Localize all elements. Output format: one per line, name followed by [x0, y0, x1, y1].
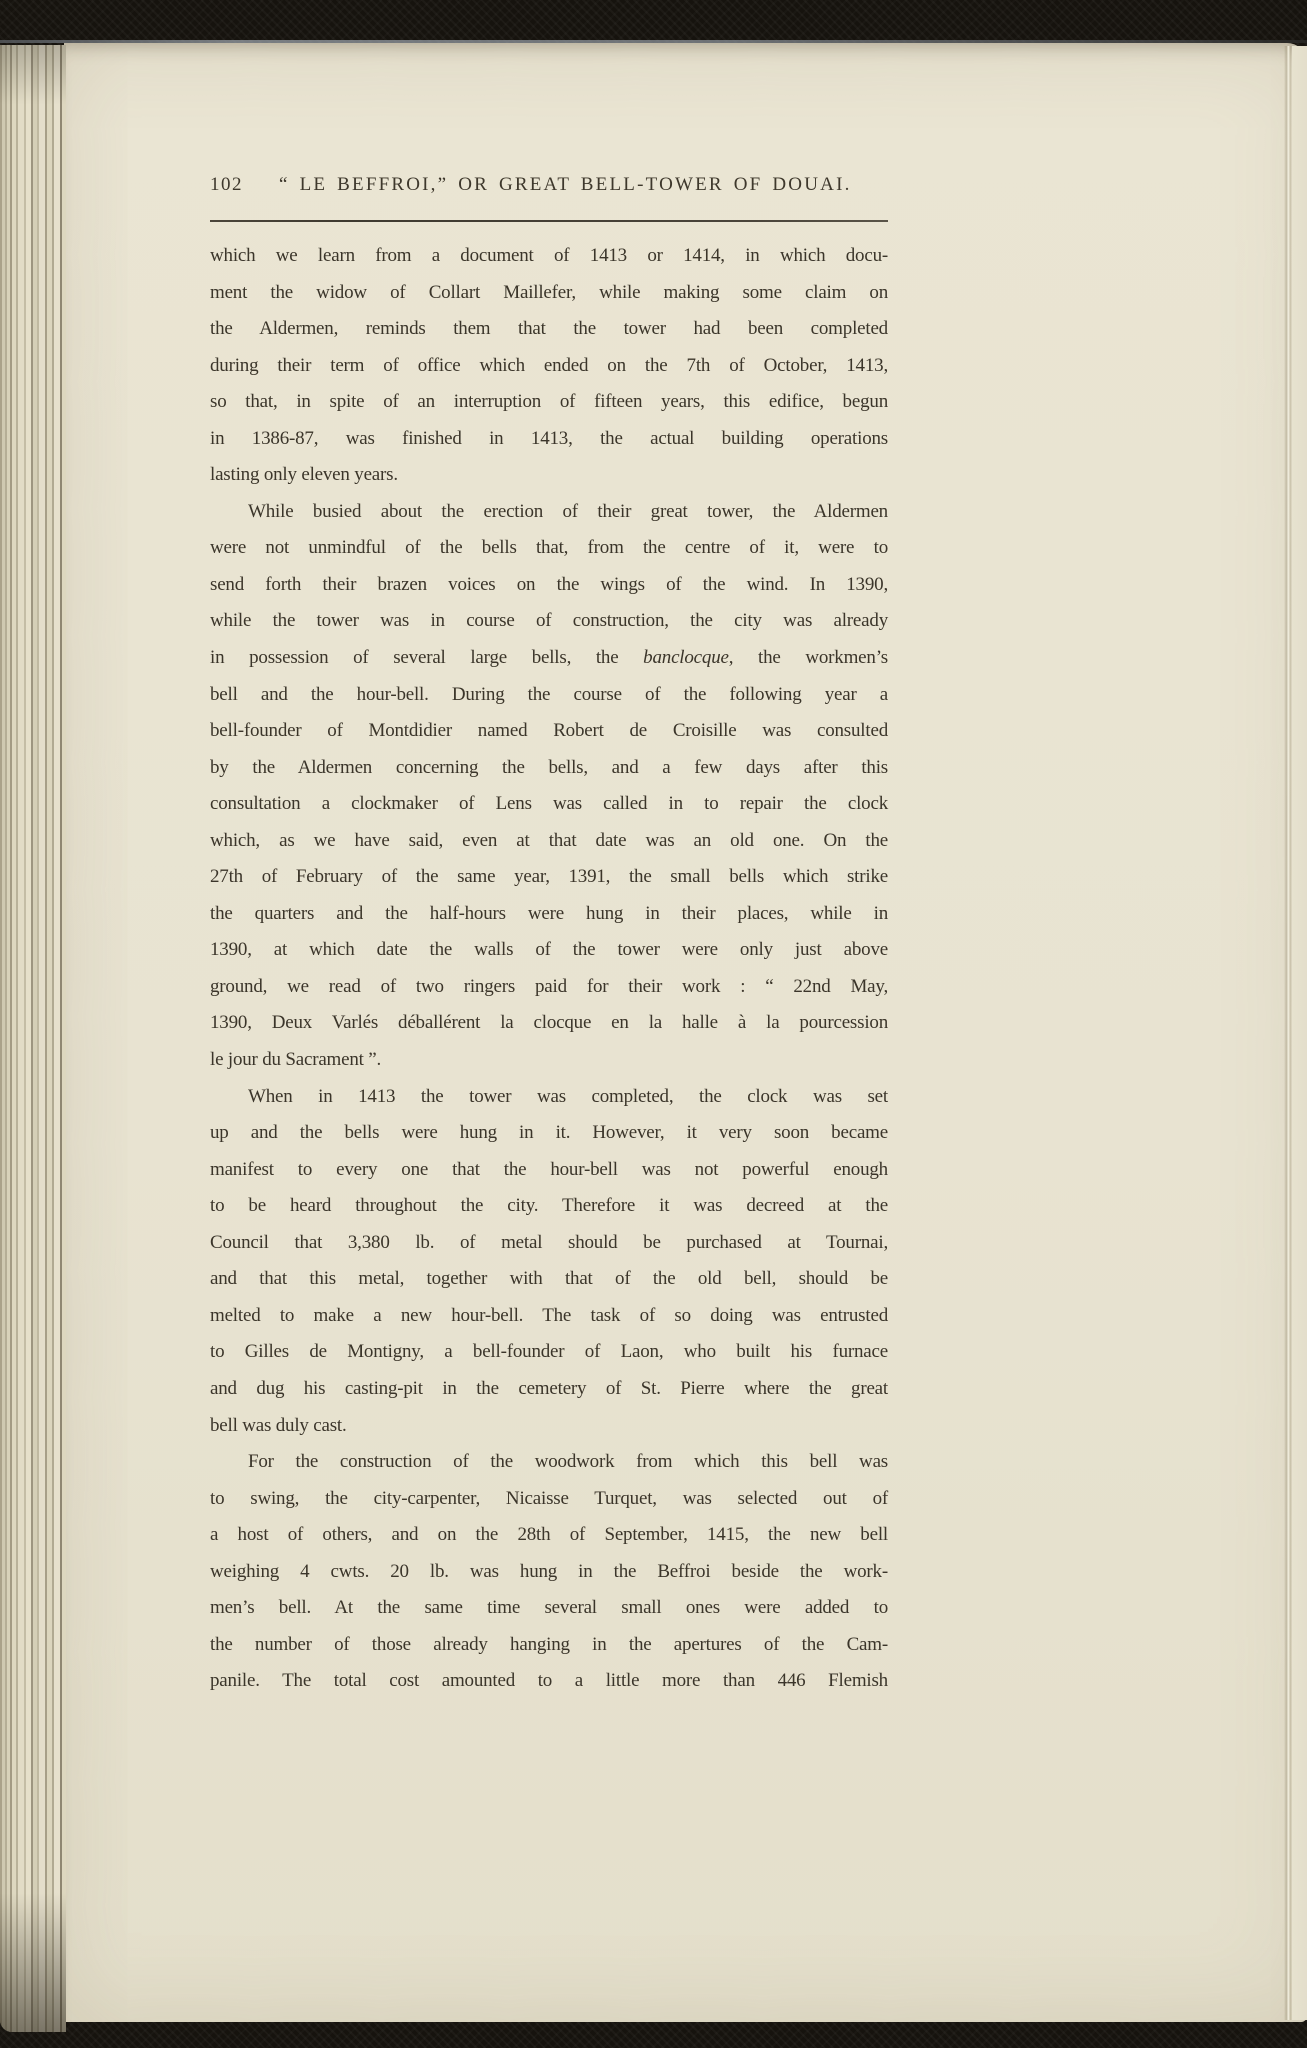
paragraph: While busied about the erection of their… [210, 494, 888, 1079]
text-line: a host of others, and on the 28th of Sep… [210, 1517, 888, 1554]
text-line: and dug his casting-pit in the cemetery … [210, 1371, 888, 1408]
book-cover-bottom [0, 2020, 1307, 2048]
book-scan: 102 “ LE BEFFROI,” OR GREAT BELL-TOWER O… [0, 0, 1307, 2048]
text-line: the Aldermen, reminds them that the towe… [210, 311, 888, 348]
page-header: 102 “ LE BEFFROI,” OR GREAT BELL-TOWER O… [210, 172, 888, 198]
text-line: consultation a clockmaker of Lens was ca… [210, 786, 888, 823]
text-line: For the construction of the woodwork fro… [210, 1444, 888, 1481]
text-line: and that this metal, together with that … [210, 1261, 888, 1298]
paragraph: For the construction of the woodwork fro… [210, 1444, 888, 1700]
text-line: manifest to every one that the hour-bell… [210, 1152, 888, 1189]
printed-text-area: 102 “ LE BEFFROI,” OR GREAT BELL-TOWER O… [210, 172, 888, 1700]
paragraph: which we learn from a document of 1413 o… [210, 238, 888, 494]
text-line: lasting only eleven years. [210, 457, 888, 494]
text-line: 1390, Deux Varlés déballérent la clocque… [210, 1005, 888, 1042]
text-line: during their term of office which ended … [210, 348, 888, 385]
text-line: were not unmindful of the bells that, fr… [210, 530, 888, 567]
text-line: 27th of February of the same year, 1391,… [210, 859, 888, 896]
text-line: When in 1413 the tower was completed, th… [210, 1079, 888, 1116]
text-line: bell-founder of Montdidier named Robert … [210, 713, 888, 750]
text-line: the number of those already hanging in t… [210, 1627, 888, 1664]
text-line: bell was duly cast. [210, 1408, 888, 1445]
text-line: weighing 4 cwts. 20 lb. was hung in the … [210, 1554, 888, 1591]
page-fore-edges [0, 45, 66, 2032]
text-line: in 1386-87, was finished in 1413, the ac… [210, 421, 888, 458]
text-line: melted to make a new hour-bell. The task… [210, 1298, 888, 1335]
adjacent-page-edge [1292, 46, 1307, 2020]
paragraph: When in 1413 the tower was completed, th… [210, 1079, 888, 1444]
text-line: le jour du Sacrament ”. [210, 1042, 888, 1079]
text-line: which, as we have said, even at that dat… [210, 823, 888, 860]
text-line: ment the widow of Collart Maillefer, whi… [210, 275, 888, 312]
text-line: Council that 3,380 lb. of metal should b… [210, 1225, 888, 1262]
text-line: 1390, at which date the walls of the tow… [210, 932, 888, 969]
text-line: While busied about the erection of their… [210, 494, 888, 531]
text-line: panile. The total cost amounted to a lit… [210, 1663, 888, 1700]
text-line: send forth their brazen voices on the wi… [210, 567, 888, 604]
page-edge-crease [1284, 46, 1292, 2020]
text-line: so that, in spite of an interruption of … [210, 384, 888, 421]
text-line: in possession of several large bells, th… [210, 640, 888, 677]
text-line: while the tower was in course of constru… [210, 603, 888, 640]
text-line: to Gilles de Montigny, a bell-founder of… [210, 1334, 888, 1371]
text-line: to be heard throughout the city. Therefo… [210, 1188, 888, 1225]
text-line: by the Aldermen concerning the bells, an… [210, 750, 888, 787]
text-line: which we learn from a document of 1413 o… [210, 238, 888, 275]
text-line: men’s bell. At the same time several sma… [210, 1590, 888, 1627]
running-header: “ LE BEFFROI,” OR GREAT BELL-TOWER OF DO… [279, 172, 852, 198]
cover-edge-highlight [0, 40, 1307, 43]
text-line: to swing, the city-carpenter, Nicaisse T… [210, 1481, 888, 1518]
header-rule [210, 220, 888, 222]
text-line: bell and the hour-bell. During the cours… [210, 677, 888, 714]
text-line: ground, we read of two ringers paid for … [210, 969, 888, 1006]
text-line: the quarters and the half-hours were hun… [210, 896, 888, 933]
text-line: up and the bells were hung in it. Howeve… [210, 1115, 888, 1152]
page-number: 102 [210, 172, 243, 198]
text-block-body: which we learn from a document of 1413 o… [210, 238, 888, 1700]
